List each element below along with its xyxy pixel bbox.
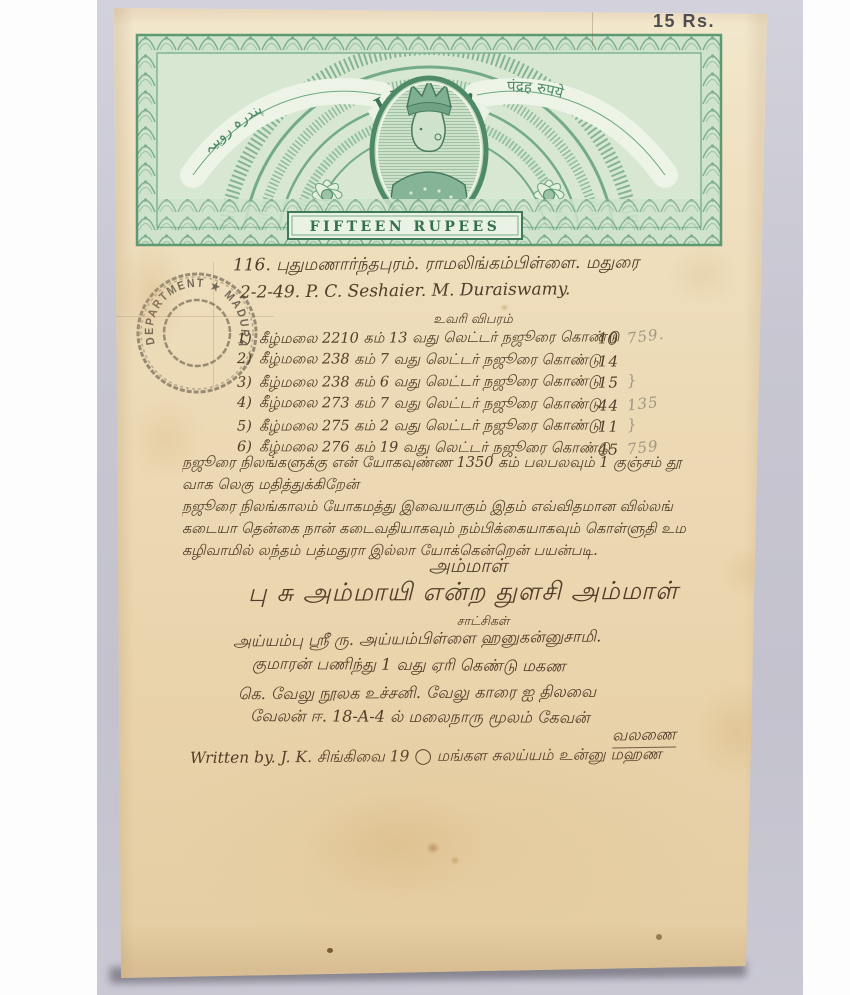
list-item-text: கீழ்மலை 273 கம் 7 வது லெட்டர் நஜூரை கொண்… — [259, 395, 601, 412]
list-item-amount: 10 — [598, 329, 619, 347]
paragraph-line: வாக லெகு மதித்துக்கிறேன் — [182, 474, 694, 496]
denomination-banner-text: FIFTEEN RUPEES — [310, 219, 501, 235]
stamp-paper-document: 15 Rs. — [108, 4, 768, 982]
corner-denomination-text: 15 Rs. — [653, 11, 763, 32]
list-item-text: கீழ்மலை 238 கம் 7 வது லெட்டர் நஜூரை கொண்… — [259, 351, 601, 368]
revenue-stamp-engraving: پندرہ روپیہ पंद्रह रुपये — [135, 33, 723, 247]
handwritten-date-and-names: 2-2-49. P. C. Seshaier. M. Duraiswamy. — [240, 279, 571, 302]
handwritten-paragraph: நஜூரை நிலங்களுக்கு என் யோகவுண்ண 1350 கம்… — [182, 452, 694, 562]
list-item-text: கீழ்மலை 2210 கம் 13 வது லெட்டர் நஜூரை கொ… — [259, 329, 620, 347]
witness-line: குமாரன் பணிந்து 1 வது ஏரி கெண்டு மகண — [252, 654, 566, 678]
list-item-amount: 14 — [598, 352, 619, 370]
list-item-number: 2) — [237, 351, 259, 367]
list-row: 2)கீழ்மலை 238 கம் 7 வது லெட்டர் நஜூரை கொ… — [237, 351, 717, 375]
paragraph-line: நஜூரை நிலங்களுக்கு என் யோகவுண்ண 1350 கம்… — [182, 452, 694, 474]
denomination-banner: FIFTEEN RUPEES — [288, 212, 522, 239]
list-row: 5)கீழ்மலை 275 கம் 2 வது லெட்டர் நஜூரை கொ… — [237, 417, 717, 440]
list-item-pencil-note: 135 — [626, 393, 660, 415]
handwritten-header-line-1: 116. புதுமணார்ந்தபுரம். ராமலிங்கம்பிள்ளை… — [233, 253, 639, 278]
paragraph-line: நஜூரை நிலங்காலம் யோகமத்து இவையாகும் இதம்… — [182, 496, 694, 518]
list-item-number: 3) — [237, 375, 259, 391]
list-item-amount: 44 — [598, 397, 619, 415]
list-item-number: 5) — [237, 419, 259, 435]
list-item-number: 4) — [237, 395, 259, 411]
list-row: 1)கீழ்மலை 2210 கம் 13 வது லெட்டர் நஜூரை … — [237, 329, 717, 354]
paragraph-line: கடையா தென்கை நான் கடைவதியாகவும் நம்பிக்க… — [182, 518, 694, 540]
list-row: 3)கீழ்மலை 238 கம் 6 வது லெட்டர் நஜூரை கொ… — [237, 373, 717, 397]
photograph-of-stamp-paper: 15 Rs. — [0, 0, 850, 995]
list-item-text: கீழ்மலை 275 கம் 2 வது லெட்டர் நஜூரை கொண்… — [259, 418, 601, 435]
written-by-line: Written by. J. K. சிங்கிவை 19 ◯ மங்கள சு… — [190, 745, 662, 769]
list-item-amount: 11 — [598, 418, 619, 436]
witness-line: வேலன் ஈ. 18-A-4 ல் மலைநாரு மூலம் கேவன் — [250, 706, 590, 729]
list-item-pencil-note: 759. — [626, 325, 665, 348]
witness-line: கெ. வேலு நூலக உச்சனி. வேலு காரை ஐ திலவை — [238, 682, 596, 705]
list-row: 4)கீழ்மலை 273 கம் 7 வது லெட்டர் நஜூரை கொ… — [237, 395, 717, 419]
list-item-pencil-note: } — [626, 371, 639, 390]
list-item-number: 1) — [237, 331, 259, 347]
list-title: உவரி விபரம் — [393, 312, 553, 328]
list-item-text: கீழ்மலை 238 கம் 6 வது லெட்டர் நஜூரை கொண்… — [259, 374, 601, 391]
list-item-pencil-note: } — [626, 415, 639, 434]
declarant-name-large: பு சு அம்மாயி என்ற துளசி அம்மாள் — [248, 576, 679, 611]
list-item-amount: 15 — [598, 374, 619, 392]
